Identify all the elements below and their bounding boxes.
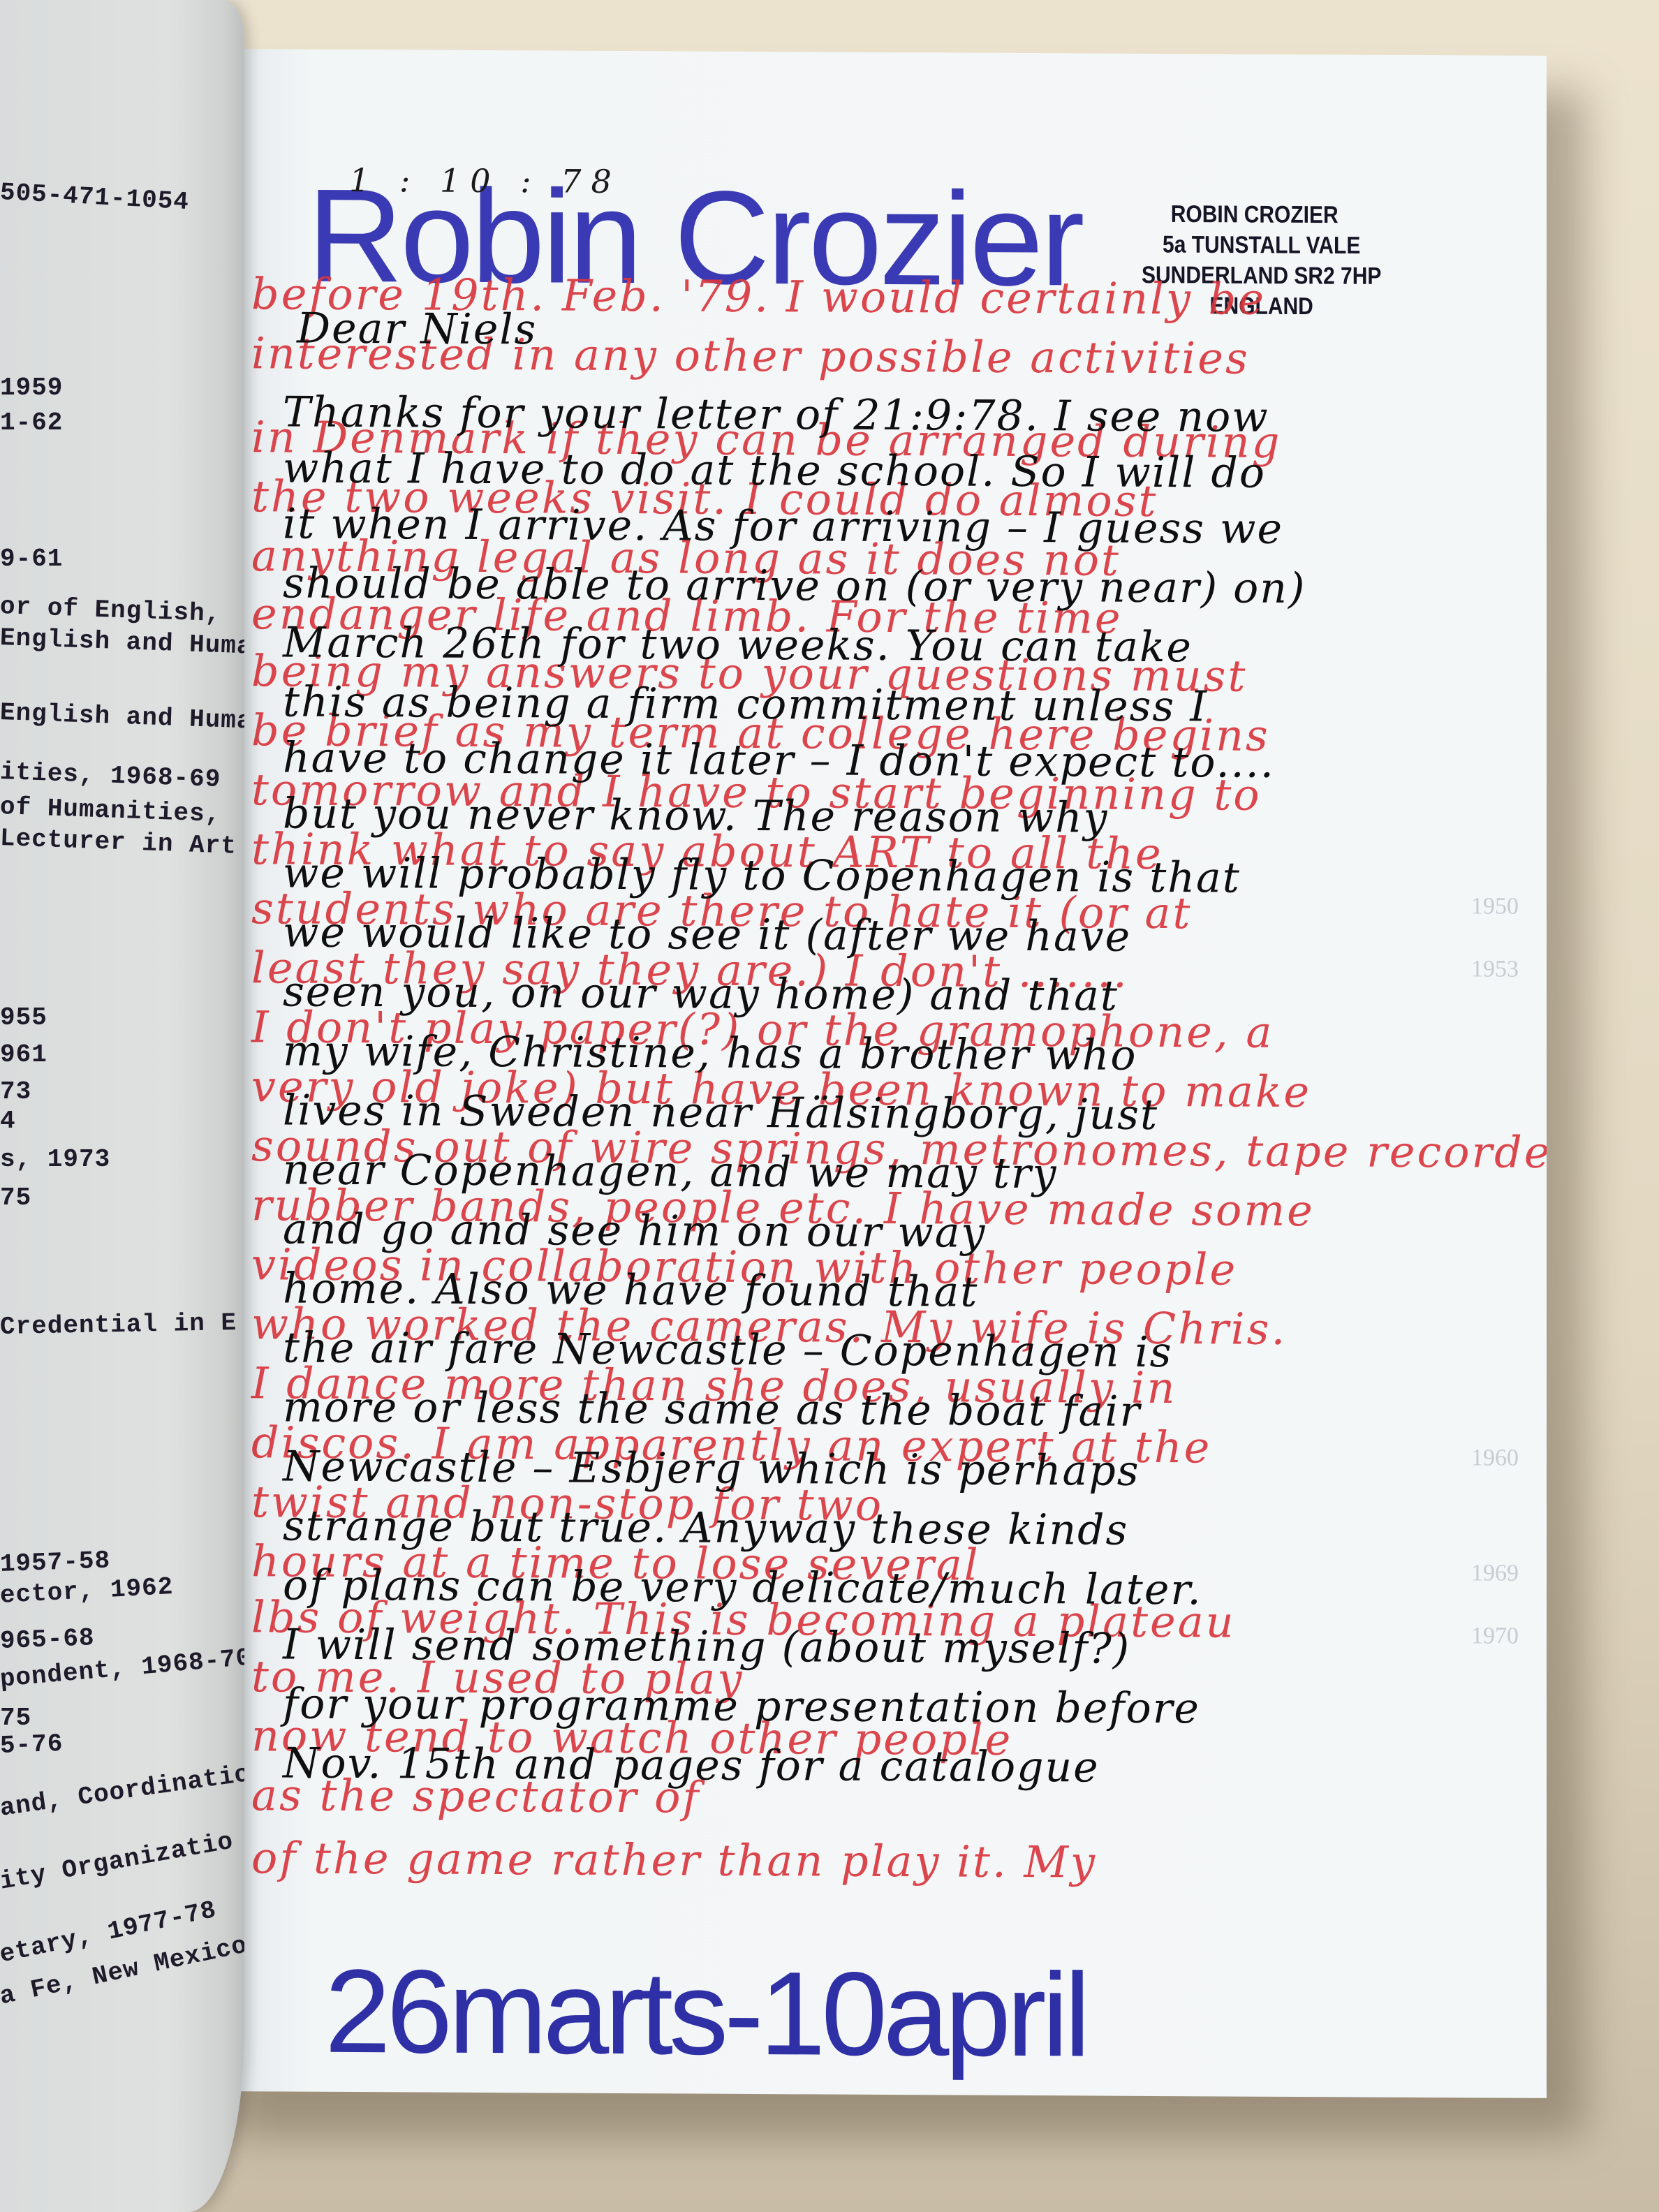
black-handwritten-line: of plans can be very delicate/much later…: [283, 1564, 1202, 1611]
typewritten-line: or of English,: [0, 592, 221, 628]
black-handwritten-line: we would like to see it (after we have: [283, 911, 1131, 957]
black-handwritten-line: what I have to do at the school. So I wi…: [283, 447, 1266, 494]
black-handwritten-line: and go and see him on our way: [283, 1208, 986, 1253]
black-handwritten-line: Newcastle – Esbjerg which is perhaps: [283, 1445, 1140, 1491]
typewritten-line: 75: [0, 1184, 31, 1212]
black-handwritten-line: Nov. 15th and pages for a catalogue: [283, 1742, 1100, 1788]
typewritten-line: Lecturer in Art: [0, 824, 237, 861]
typewritten-line: and, Coordinatio: [0, 1760, 244, 1823]
exhibition-dates-title: 26marts-10april: [325, 1952, 1086, 2075]
typewritten-line: English and Huma: [0, 624, 244, 661]
black-handwritten-line: for your programme presentation before: [283, 1683, 1200, 1730]
typewritten-line: Credential in E: [0, 1308, 237, 1341]
typewritten-line: 961: [0, 1040, 47, 1069]
black-handwritten-line: near Copenhagen, and we may try: [283, 1149, 1058, 1195]
black-handwritten-line: strange but true. Anyway these kinds: [283, 1505, 1128, 1551]
typewritten-line: English and Huma: [0, 698, 244, 736]
black-handwritten-line: this as being a firm commitment unless I: [283, 681, 1208, 728]
typewritten-line: s, 1973: [0, 1145, 110, 1174]
typewritten-line: 505-471-1054: [0, 178, 190, 216]
black-handwritten-line: but you never know. The reason why: [283, 792, 1109, 839]
black-handwritten-line: should be able to arrive on (or very nea…: [283, 562, 1306, 610]
typewritten-line: ity Organizatio: [0, 1827, 235, 1896]
typewritten-line: 1-62: [0, 408, 63, 437]
black-handwritten-line: have to change it later – I don't expect…: [283, 737, 1275, 783]
typewritten-line: 965-68: [0, 1623, 95, 1656]
typewritten-line: 955: [0, 1003, 47, 1032]
black-handwritten-line: Thanks for your letter of 21:9:78. I see…: [283, 391, 1269, 438]
left-page-typewritten-cv: 505-471-105419591-629-61or of English, E…: [0, 0, 244, 2212]
typewritten-line: 5-76: [0, 1730, 64, 1760]
black-handwritten-line: we will probably fly to Copenhagen is th…: [283, 852, 1241, 899]
typewritten-line: of Humanities,: [0, 792, 221, 829]
right-page-letter: 19501953196019691970 Robin Crozier 1 : 1…: [234, 49, 1547, 2098]
typewritten-line: 4: [0, 1107, 16, 1135]
typewritten-line: 9-61: [0, 545, 63, 573]
black-handwritten-line: Dear Niels: [297, 308, 537, 351]
typewritten-line: 1957-58: [0, 1546, 111, 1578]
typewritten-line: 1959: [0, 374, 63, 402]
black-handwriting-layer: Dear NielsThanks for your letter of 21:9…: [234, 49, 1547, 2098]
typewritten-line: ities, 1968-69: [0, 758, 221, 794]
typewritten-line: ector, 1962: [0, 1572, 174, 1610]
black-handwritten-line: I will send something (about myself?): [283, 1623, 1130, 1669]
black-handwritten-line: the air fare Newcastle – Copenhagen is: [283, 1327, 1172, 1373]
black-handwritten-line: it when I arrive. As for arriving – I gu…: [283, 503, 1283, 550]
black-handwritten-line: lives in Sweden near Hälsingborg, just: [283, 1089, 1158, 1136]
black-handwritten-line: seen you, on our way home) and that: [283, 971, 1119, 1017]
black-handwritten-line: home. Also we have found that: [283, 1267, 978, 1313]
black-handwritten-line: March 26th for two weeks. You can take: [283, 621, 1193, 668]
black-handwritten-line: my wife, Christine, has a brother who: [283, 1030, 1137, 1076]
typewritten-line: 73: [0, 1077, 31, 1106]
black-handwritten-line: more or less the same as the boat fair: [283, 1386, 1141, 1432]
typewritten-line: 75: [0, 1704, 31, 1732]
